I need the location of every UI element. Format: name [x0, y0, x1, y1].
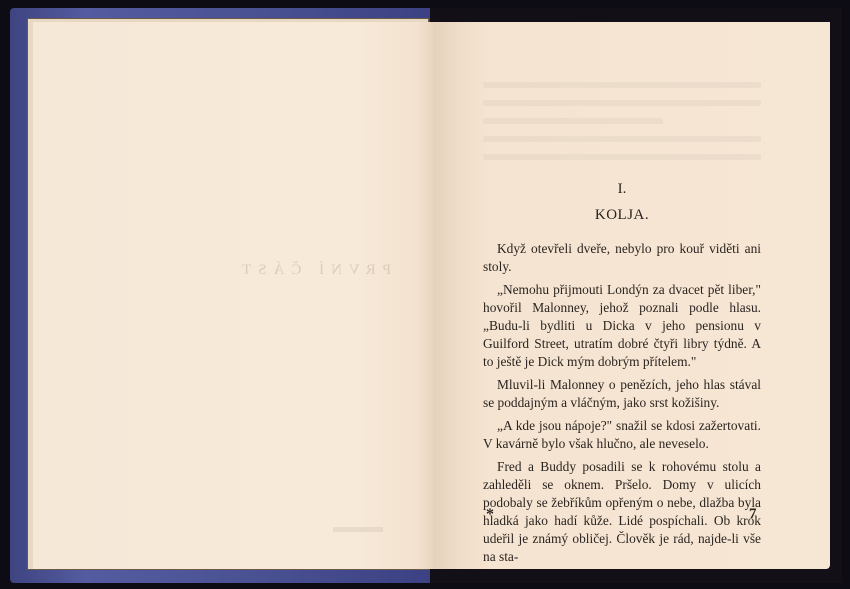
bleed-through-heading: PRVNÍ ČÁST	[223, 262, 403, 279]
footer-star-mark: *	[486, 506, 494, 524]
bleed-through-line	[483, 100, 761, 106]
bleed-through-line	[483, 154, 761, 160]
chapter-number: I.	[483, 180, 761, 198]
bleed-through-footer	[333, 527, 383, 532]
left-page: PRVNÍ ČÁST	[33, 22, 433, 569]
chapter-title: KOLJA.	[483, 206, 761, 224]
bleed-through-line	[483, 118, 663, 124]
chapter-text: I. KOLJA. Když otevřeli dveře, nebylo pr…	[483, 180, 761, 571]
paragraph: Fred a Buddy posadili se k rohovému stol…	[483, 458, 761, 566]
paragraph: Mluvil-li Malonney o penězích, jeho hlas…	[483, 376, 761, 412]
paragraph: „A kde jsou nápoje?" snažil se kdosi zaž…	[483, 417, 761, 453]
paragraph: „Nemohu přijmouti Londýn za dvacet pět l…	[483, 281, 761, 371]
paragraph: Když otevřeli dveře, nebylo pro kouř vid…	[483, 240, 761, 276]
page-number: 7	[749, 506, 757, 523]
bleed-through-line	[483, 82, 761, 88]
bleed-through-line	[483, 136, 761, 142]
